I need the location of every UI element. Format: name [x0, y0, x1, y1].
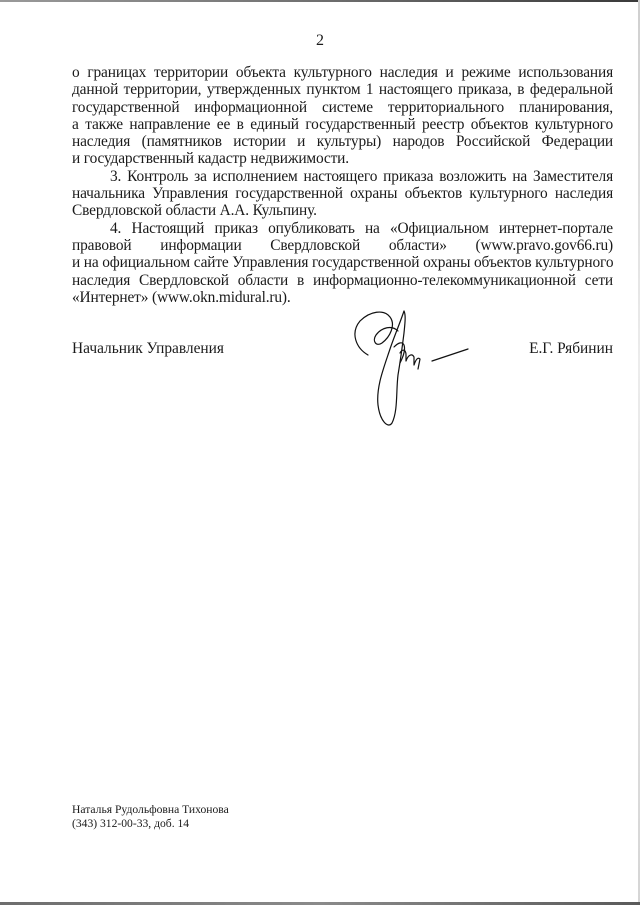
body-line: правовой информации Свердловской области…: [72, 237, 613, 254]
contact-name: Наталья Рудольфовна Тихонова: [72, 803, 229, 817]
document-body: о границах территории объекта культурног…: [72, 64, 613, 306]
page-number: 2: [0, 32, 640, 50]
body-line: начальника Управления государственной ох…: [72, 185, 613, 202]
signer-name: Е.Г. Рябинин: [529, 340, 613, 358]
paragraph-4-line: 4. Настоящий приказ опубликовать на «Офи…: [72, 220, 613, 237]
body-line: наследия (памятников истории и культуры)…: [72, 133, 613, 150]
body-line: а также направление ее в единый государс…: [72, 116, 613, 133]
body-line: и государственный кадастр недвижимости.: [72, 150, 613, 167]
signature-block: Начальник Управления Е.Г. Рябинин: [72, 340, 613, 360]
body-line: «Интернет» (www.okn.midural.ru).: [72, 289, 613, 306]
body-line: данной территории, утвержденных пунктом …: [72, 81, 613, 98]
signer-title: Начальник Управления: [72, 340, 224, 358]
contact-info: Наталья Рудольфовна Тихонова (343) 312-0…: [72, 803, 229, 831]
body-line: наследия Свердловской области в информац…: [72, 272, 613, 289]
contact-phone: (343) 312-00-33, доб. 14: [72, 817, 229, 831]
body-line: Свердловской области А.А. Кульпину.: [72, 202, 613, 219]
paragraph-3-line: 3. Контроль за исполнением настоящего пр…: [72, 168, 613, 185]
body-line: государственной информационной системе т…: [72, 99, 613, 116]
handwritten-signature-icon: [346, 303, 476, 433]
scan-edge-top: [0, 0, 640, 2]
body-line: о границах территории объекта культурног…: [72, 64, 613, 81]
body-line: и на официальном сайте Управления госуда…: [72, 254, 613, 271]
